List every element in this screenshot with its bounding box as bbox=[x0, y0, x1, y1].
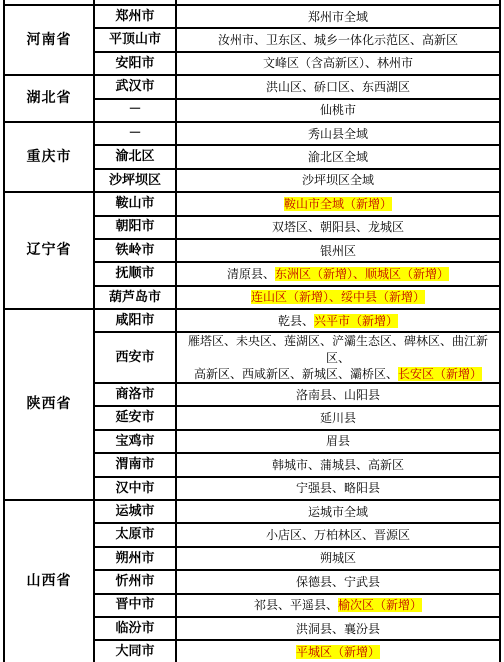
region-text-segment: 文峰区（含高新区）、林州市 bbox=[263, 56, 413, 70]
region-text-segment: 渝北区全域 bbox=[308, 150, 368, 164]
city-cell: 郑州市 bbox=[94, 5, 176, 28]
region-cell: 渝北区全域 bbox=[176, 145, 500, 168]
table-wrapper: 河南省郑州市郑州市全域平顶山市汝州市、卫东区、城乡一体化示范区、高新区安阳市文峰… bbox=[3, 0, 501, 662]
city-cell: 铁岭市 bbox=[94, 239, 176, 262]
city-cell: 延安市 bbox=[94, 406, 176, 429]
table-row: 陕西省咸阳市乾县、兴平市（新增） bbox=[4, 309, 500, 332]
region-text-segment: 沙坪坝区全域 bbox=[302, 173, 374, 187]
table-row: 重庆市－秀山县全域 bbox=[4, 122, 500, 145]
region-text-segment: 祁县、平遥县、 bbox=[254, 598, 338, 612]
city-cell: 汉中市 bbox=[94, 477, 176, 500]
region-cell: 连山区（新增）、绥中县（新增） bbox=[176, 286, 500, 309]
table-row: 山西省运城市运城市全域 bbox=[4, 500, 500, 523]
region-highlight-segment: 鞍山市全域（新增） bbox=[284, 197, 392, 211]
city-cell: 武汉市 bbox=[94, 75, 176, 98]
region-text-segment: 洪山区、硚口区、东西湖区 bbox=[266, 80, 410, 94]
table-row: 辽宁省鞍山市鞍山市全域（新增） bbox=[4, 192, 500, 215]
city-cell: 葫芦岛市 bbox=[94, 286, 176, 309]
region-text-segment: 洛南县、山阳县 bbox=[296, 388, 380, 402]
city-cell: 渭南市 bbox=[94, 453, 176, 476]
city-cell: － bbox=[94, 122, 176, 145]
city-cell: 朝阳市 bbox=[94, 216, 176, 239]
region-cell: 洪山区、硚口区、东西湖区 bbox=[176, 75, 500, 98]
region-cell: 韩城市、蒲城县、高新区 bbox=[176, 453, 500, 476]
region-cell: 银州区 bbox=[176, 239, 500, 262]
city-cell: 咸阳市 bbox=[94, 309, 176, 332]
city-cell: 西安市 bbox=[94, 332, 176, 383]
province-cell: 山西省 bbox=[4, 500, 94, 662]
region-text-segment: 宁强县、略阳县 bbox=[296, 481, 380, 495]
region-highlight-segment: 平城区（新增） bbox=[296, 645, 380, 659]
region-text-segment: 仙桃市 bbox=[320, 103, 356, 117]
province-cell: 河南省 bbox=[4, 5, 94, 75]
region-text-segment: 运城市全域 bbox=[308, 505, 368, 519]
region-text-segment: 郑州市全域 bbox=[308, 10, 368, 24]
region-cell: 汝州市、卫东区、城乡一体化示范区、高新区 bbox=[176, 28, 500, 51]
city-cell: 大同市 bbox=[94, 640, 176, 662]
region-cell: 宁强县、略阳县 bbox=[176, 477, 500, 500]
province-cell: 湖北省 bbox=[4, 75, 94, 122]
city-cell: 渝北区 bbox=[94, 145, 176, 168]
region-cell: 运城市全域 bbox=[176, 500, 500, 523]
table-row: 湖北省武汉市洪山区、硚口区、东西湖区 bbox=[4, 75, 500, 98]
city-cell: 安阳市 bbox=[94, 52, 176, 75]
region-highlight-segment: 东洲区（新增）、顺城区（新增） bbox=[275, 267, 449, 281]
region-cell: 仙桃市 bbox=[176, 99, 500, 122]
region-text-segment: 韩城市、蒲城县、高新区 bbox=[272, 458, 404, 472]
city-cell: 沙坪坝区 bbox=[94, 169, 176, 192]
region-text-segment: 朔城区 bbox=[320, 551, 356, 565]
table-row: 河南省郑州市郑州市全域 bbox=[4, 5, 500, 28]
region-text-segment: 乾县、 bbox=[278, 314, 314, 328]
region-cell: 保德县、宁武县 bbox=[176, 570, 500, 593]
province-cell: 陕西省 bbox=[4, 309, 94, 500]
admin-region-table: 河南省郑州市郑州市全域平顶山市汝州市、卫东区、城乡一体化示范区、高新区安阳市文峰… bbox=[3, 0, 501, 662]
city-cell: 太原市 bbox=[94, 523, 176, 546]
region-cell: 清原县、东洲区（新增）、顺城区（新增） bbox=[176, 262, 500, 285]
region-cell: 朔城区 bbox=[176, 547, 500, 570]
region-highlight-segment: 榆次区（新增） bbox=[338, 598, 422, 612]
region-cell: 沙坪坝区全域 bbox=[176, 169, 500, 192]
page: 河南省郑州市郑州市全域平顶山市汝州市、卫东区、城乡一体化示范区、高新区安阳市文峰… bbox=[0, 0, 504, 662]
city-cell: 平顶山市 bbox=[94, 28, 176, 51]
region-cell: 雁塔区、未央区、莲湖区、浐灞生态区、碑林区、曲江新区、高新区、西咸新区、新城区、… bbox=[176, 332, 500, 383]
city-cell: 运城市 bbox=[94, 500, 176, 523]
region-highlight-segment: 兴平市（新增） bbox=[314, 314, 398, 328]
region-cell: 眉县 bbox=[176, 430, 500, 453]
region-cell: 双塔区、朝阳县、龙城区 bbox=[176, 216, 500, 239]
city-cell: － bbox=[94, 99, 176, 122]
region-text-segment: 延川县 bbox=[320, 411, 356, 425]
region-cell: 乾县、兴平市（新增） bbox=[176, 309, 500, 332]
region-cell: 文峰区（含高新区）、林州市 bbox=[176, 52, 500, 75]
region-text-segment: 洪洞县、襄汾县 bbox=[296, 622, 380, 636]
city-cell: 鞍山市 bbox=[94, 192, 176, 215]
region-text-segment: 高新区、西咸新区、新城区、灞桥区、 bbox=[194, 367, 398, 381]
city-cell: 宝鸡市 bbox=[94, 430, 176, 453]
region-cell: 洛南县、山阳县 bbox=[176, 383, 500, 406]
region-cell: 洪洞县、襄汾县 bbox=[176, 617, 500, 640]
region-cell: 秀山县全域 bbox=[176, 122, 500, 145]
province-cell: 重庆市 bbox=[4, 122, 94, 192]
region-text-segment: 双塔区、朝阳县、龙城区 bbox=[272, 220, 404, 234]
region-cell: 小店区、万柏林区、晋源区 bbox=[176, 523, 500, 546]
region-text-segment: 银州区 bbox=[320, 244, 356, 258]
region-cell: 郑州市全域 bbox=[176, 5, 500, 28]
city-cell: 抚顺市 bbox=[94, 262, 176, 285]
region-text-segment: 保德县、宁武县 bbox=[296, 575, 380, 589]
region-cell: 祁县、平遥县、榆次区（新增） bbox=[176, 594, 500, 617]
region-cell: 平城区（新增） bbox=[176, 640, 500, 662]
region-highlight-segment: 长安区（新增） bbox=[398, 367, 482, 381]
city-cell: 商洛市 bbox=[94, 383, 176, 406]
region-text-segment: 汝州市、卫东区、城乡一体化示范区、高新区 bbox=[218, 33, 458, 47]
region-text-segment: 秀山县全域 bbox=[308, 127, 368, 141]
city-cell: 晋中市 bbox=[94, 594, 176, 617]
region-text-segment: 清原县、 bbox=[227, 267, 275, 281]
region-cell: 延川县 bbox=[176, 406, 500, 429]
city-cell: 朔州市 bbox=[94, 547, 176, 570]
province-cell: 辽宁省 bbox=[4, 192, 94, 309]
city-cell: 临汾市 bbox=[94, 617, 176, 640]
region-highlight-segment: 连山区（新增）、绥中县（新增） bbox=[251, 290, 425, 304]
region-text-segment: 雁塔区、未央区、莲湖区、浐灞生态区、碑林区、曲江新区、 bbox=[188, 334, 488, 364]
city-cell: 忻州市 bbox=[94, 570, 176, 593]
region-text-segment: 小店区、万柏林区、晋源区 bbox=[266, 528, 410, 542]
region-cell: 鞍山市全域（新增） bbox=[176, 192, 500, 215]
region-text-segment: 眉县 bbox=[326, 434, 350, 448]
